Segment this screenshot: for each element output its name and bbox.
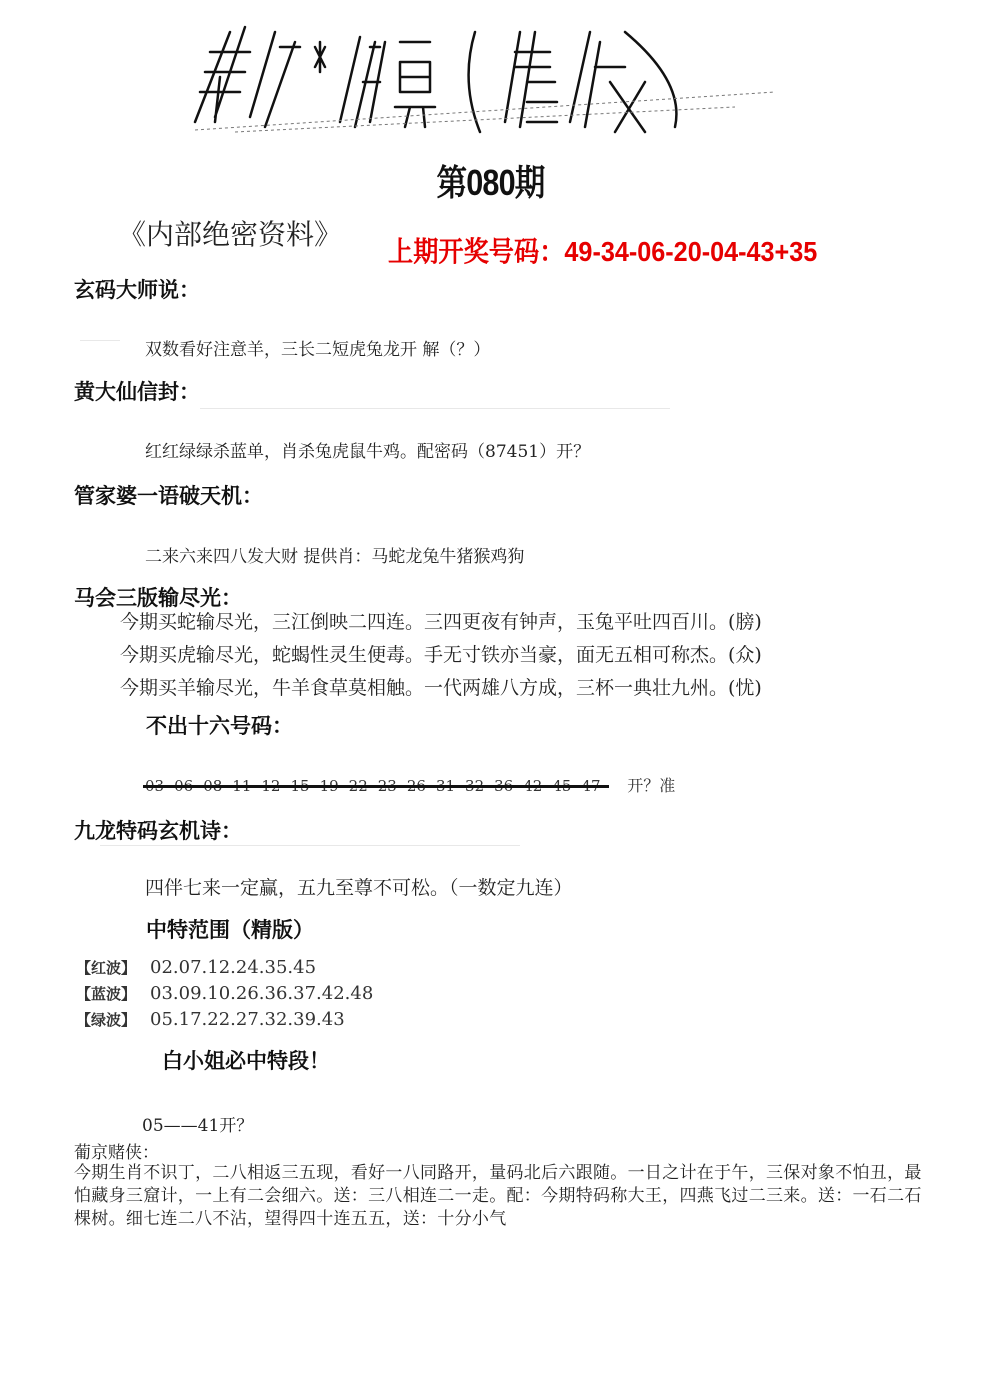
section-heading-guanjiapo: 管家婆一语破天机： [74,480,263,510]
wave-row-blue: 【蓝波】03.09.10.26.36.37.42.48 [76,983,373,1004]
banner-handwriting-graphic [175,22,805,142]
wave-label-green: 【绿波】 [76,1011,136,1029]
excluded-number: 19 [320,777,339,795]
excluded-number: 47 [581,777,600,795]
excluded-number: 15 [290,777,309,795]
excluded-number: 23 [378,777,397,795]
section-heading-baixiaojie: 白小姐必中特段！ [162,1045,330,1075]
excluded-number: 06 [174,777,193,795]
excluded-number: 11 [232,777,251,795]
excluded-number: 31 [436,777,455,795]
mahui-line-3: 今期买羊输尽光，牛羊食草莫相触。一代两雄八方成，三杯一典壮九州。(忧) [120,673,762,700]
mahui-line-1: 今期买蛇输尽光，三江倒映二四连。三四更夜有钟声，玉兔平吐四百川。(膀) [120,607,762,634]
xuanma-text: 双数看好注意羊，三长二短虎兔龙开 解（？） [145,335,490,360]
excluded-number: 32 [465,777,484,795]
huangdaxian-text: 红红绿绿杀蓝单，肖杀兔虎鼠牛鸡。配密码（87451）开？ [145,437,590,462]
last-draw-label: 上期开奖号码： [388,236,564,267]
guanjiapo-text: 二来六来四八发大财 提供肖：马蛇龙兔牛猪猴鸡狗 [145,542,524,567]
wave-row-red: 【红波】02.07.12.24.35.45 [76,957,316,978]
excluded-number: 26 [407,777,426,795]
section-heading-jiulong: 九龙特码玄机诗： [74,815,242,845]
section-heading-xuanma: 玄码大师说： [74,274,200,304]
banner-title [175,22,805,142]
excluded-numbers-suffix: 开？准 [627,776,675,795]
wave-numbers-blue: 03.09.10.26.36.37.42.48 [150,983,373,1004]
excluded-number: 36 [494,777,513,795]
pujing-text: 今期生肖不识丁，二八相返三五现，看好一八同路开，量码北后六跟随。一日之计在于午，… [74,1162,934,1231]
excluded-number: 03 [145,777,164,795]
issue-number: 第080期 [74,155,908,206]
excluded-numbers-row: 03060811121519222326313236424547 开？准 [145,773,675,796]
secret-material-title: 《内部绝密资料》 [118,213,342,253]
scan-artifact-line [100,845,520,846]
excluded-number: 45 [552,777,571,795]
wave-label-blue: 【蓝波】 [76,985,136,1003]
wave-numbers-red: 02.07.12.24.35.45 [150,957,316,978]
wave-numbers-green: 05.17.22.27.32.39.43 [150,1009,345,1030]
wave-label-red: 【红波】 [76,959,136,977]
last-draw-numbers: 49-34-06-20-04-43+35 [564,236,817,267]
excluded-number: 42 [523,777,542,795]
baixiaojie-text: 05——41开？ [142,1111,253,1136]
section-heading-zhongte: 中特范围（精版） [146,914,314,944]
scan-artifact-line [80,340,120,341]
excluded-number: 12 [261,777,280,795]
last-draw-results: 上期开奖号码：49-34-06-20-04-43+35 [388,230,817,270]
section-heading-pujing: 葡京赌侠： [74,1138,159,1163]
excluded-number: 08 [203,777,222,795]
excluded-numbers-struck: 03060811121519222326313236424547 [145,777,605,795]
wave-row-green: 【绿波】05.17.22.27.32.39.43 [76,1009,345,1030]
excluded-number: 22 [349,777,368,795]
section-heading-buchu: 不出十六号码： [146,710,293,740]
mahui-line-2: 今期买虎输尽光，蛇蝎性灵生便毒。手无寸铁亦当豪，面无五相可称杰。(众) [120,640,762,667]
section-heading-huangdaxian: 黄大仙信封： [74,376,200,406]
jiulong-text: 四伴七来一定赢，五九至尊不可松。（一数定九连） [145,873,573,900]
scan-artifact-line [200,408,670,409]
